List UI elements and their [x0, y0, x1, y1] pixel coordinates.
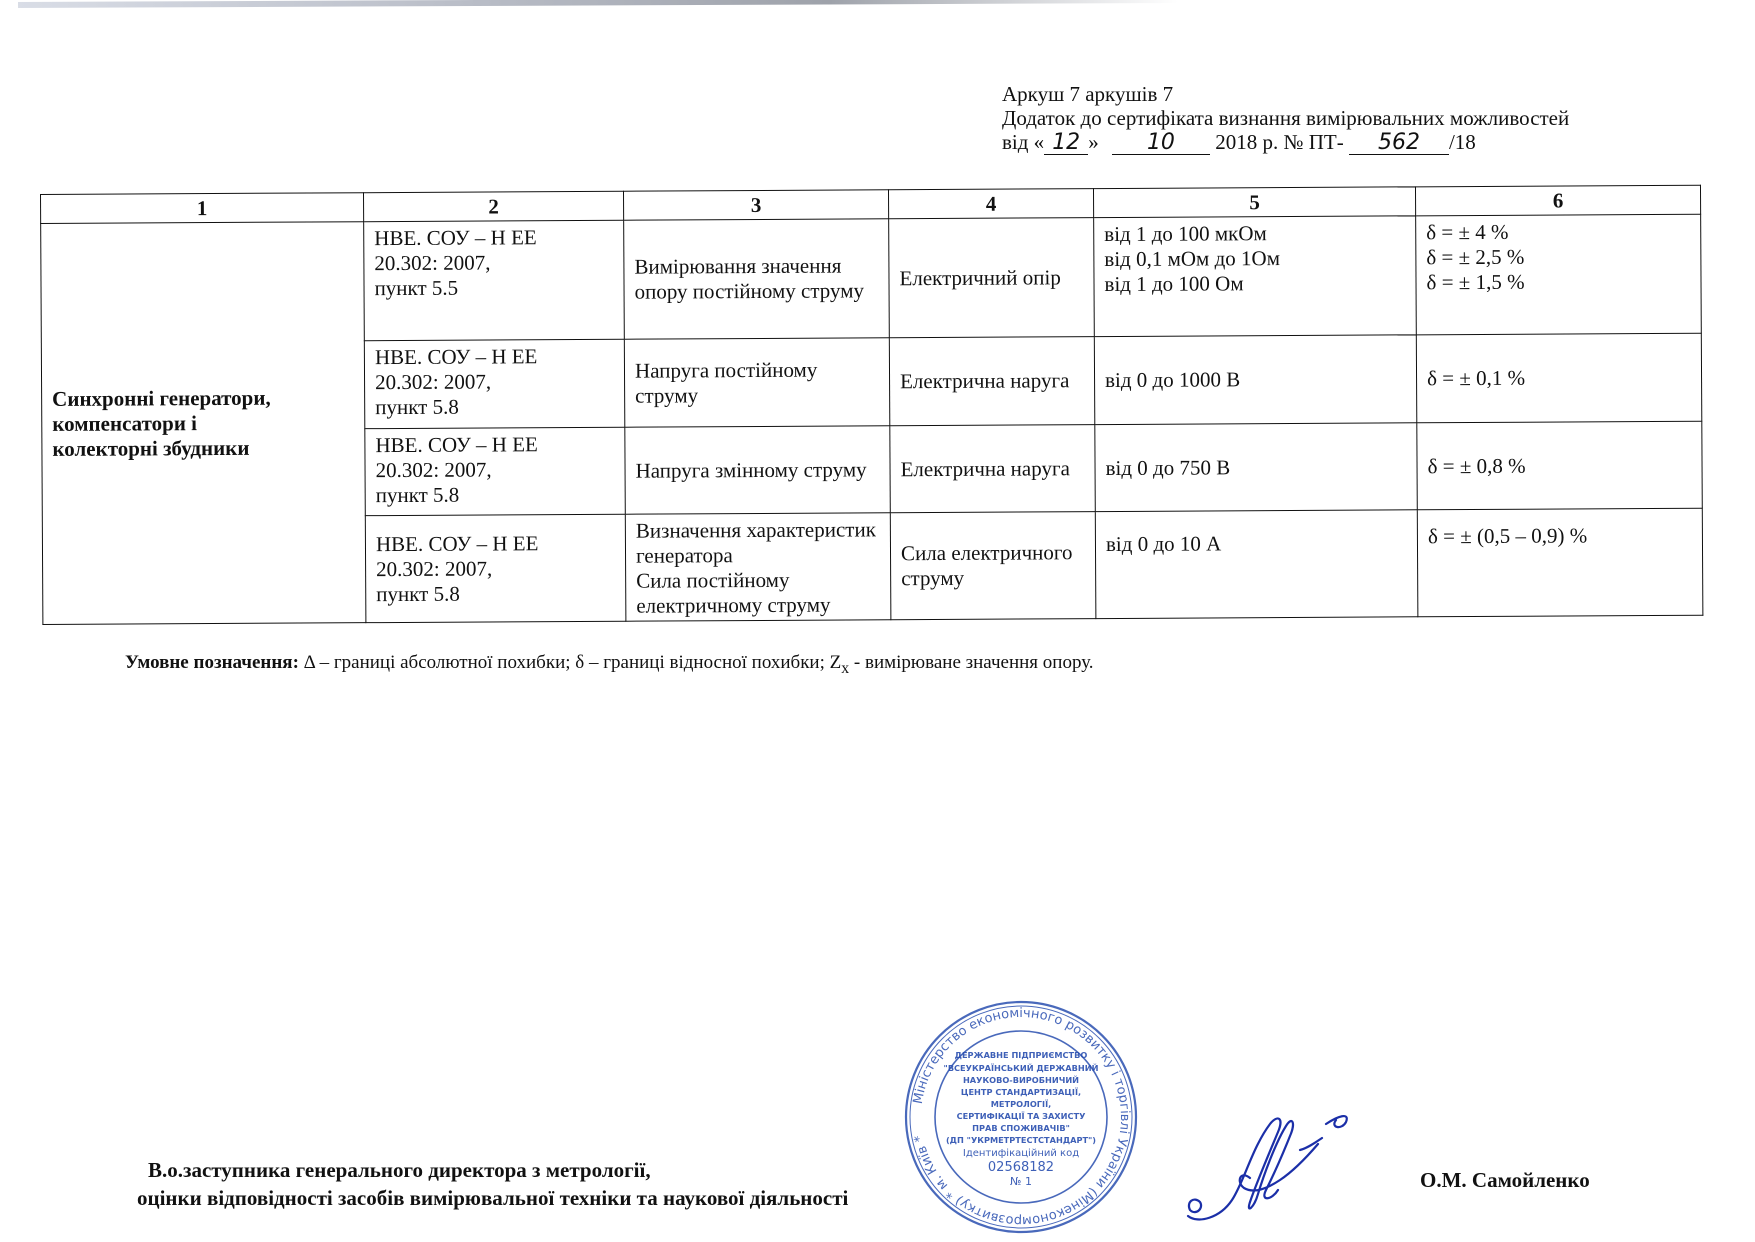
legend-label: Умовне позначення: — [125, 652, 299, 673]
year-and-number-label: 2018 р. № ПТ- — [1215, 130, 1344, 154]
cert-suffix: /18 — [1449, 130, 1476, 154]
column-header: 4 — [888, 189, 1093, 219]
day-suffix: » — [1088, 130, 1099, 154]
sheet-number: Аркуш 7 аркушів 7 — [1002, 82, 1569, 106]
range-cell: від 0 до 1000 В — [1094, 335, 1416, 425]
date-prefix: від « — [1002, 130, 1044, 154]
legend-subscript: x — [841, 660, 849, 677]
quantity-cell: Сила електричного струму — [890, 512, 1096, 620]
accuracy-cell: δ = ± 4 % δ = ± 2,5 % δ = ± 1,5 % — [1416, 214, 1702, 335]
column-header: 6 — [1415, 185, 1700, 216]
handwritten-day: 12 — [1044, 132, 1088, 155]
signer-position: В.о.заступника генерального директора з … — [137, 1156, 848, 1212]
method-cell: Визначення характеристик генератора Сила… — [625, 513, 891, 621]
document-header: Аркуш 7 аркушів 7 Додаток до сертифіката… — [1002, 82, 1569, 155]
handwritten-cert-number: 562 — [1349, 132, 1449, 155]
range-cell: від 0 до 750 В — [1095, 423, 1417, 512]
accuracy-cell: δ = ± (0,5 – 0,9) % — [1417, 508, 1703, 617]
method-cell: Напруга змінному струму — [625, 426, 890, 514]
svg-text:НАУКОВО-ВИРОБНИЧИЙ: НАУКОВО-ВИРОБНИЧИЙ — [963, 1074, 1079, 1085]
svg-text:Ідентифікаційний код: Ідентифікаційний код — [963, 1147, 1079, 1159]
official-stamp-icon: Міністерство економічного розвитку і тор… — [902, 998, 1140, 1236]
legend-note: Умовне позначення: Δ – границі абсолютно… — [125, 652, 1094, 678]
quantity-cell: Електрична наруга — [889, 337, 1094, 426]
svg-text:02568182: 02568182 — [988, 1160, 1054, 1175]
column-header: 2 — [363, 191, 623, 221]
handwritten-signature-icon — [1180, 1098, 1360, 1228]
standard-cell: НВЕ. СОУ – Н ЕЕ 20.302: 2007, пункт 5.8 — [364, 339, 624, 428]
svg-text:"ВСЕУКРАЇНСЬКИЙ ДЕРЖАВНИЙ: "ВСЕУКРАЇНСЬКИЙ ДЕРЖАВНИЙ — [944, 1062, 1099, 1073]
quantity-cell: Електричний опір — [889, 218, 1095, 338]
document-title: Додаток до сертифіката визнання вимірюва… — [1002, 106, 1569, 130]
quantity-cell: Електрична наруга — [890, 425, 1095, 513]
standard-cell: НВЕ. СОУ – Н ЕЕ 20.302: 2007, пункт 5.5 — [364, 220, 625, 340]
svg-text:ЦЕНТР СТАНДАРТИЗАЦІЇ,: ЦЕНТР СТАНДАРТИЗАЦІЇ, — [961, 1087, 1081, 1097]
legend-text-a: Δ – границі абсолютної похибки; δ – гран… — [299, 652, 841, 673]
svg-text:(ДП "УКРМЕТРТЕСТСТАНДАРТ"): (ДП "УКРМЕТРТЕСТСТАНДАРТ") — [946, 1135, 1096, 1145]
svg-text:СЕРТИФІКАЦІЇ ТА ЗАХИСТУ: СЕРТИФІКАЦІЇ ТА ЗАХИСТУ — [957, 1111, 1086, 1121]
range-cell: від 1 до 100 мкОм від 0,1 мОм до 1Ом від… — [1094, 216, 1417, 337]
accuracy-cell: δ = ± 0,1 % — [1416, 333, 1701, 423]
svg-text:ДЕРЖАВНЕ ПІДПРИЄМСТВО: ДЕРЖАВНЕ ПІДПРИЄМСТВО — [955, 1050, 1088, 1060]
measurement-capabilities-table: 1 2 3 4 5 6 Синхронні генератори, компен… — [40, 185, 1703, 625]
column-header: 1 — [41, 193, 364, 224]
standard-cell: НВЕ. СОУ – Н ЕЕ 20.302: 2007, пункт 5.8 — [365, 514, 626, 622]
table-row: Синхронні генератори, компенсатори і кол… — [41, 214, 1702, 342]
accuracy-cell: δ = ± 0,8 % — [1417, 421, 1702, 510]
position-line-1: В.о.заступника генерального директора з … — [137, 1156, 848, 1184]
legend-text-b: - вимірюване значення опору. — [849, 652, 1093, 673]
svg-text:МЕТРОЛОГІЇ,: МЕТРОЛОГІЇ, — [991, 1099, 1051, 1109]
certificate-date-line: від «12» 10 2018 р. № ПТ- 562/18 — [1002, 130, 1569, 155]
range-cell: від 0 до 10 А — [1095, 510, 1418, 619]
column-header: 3 — [623, 190, 888, 220]
svg-text:ПРАВ СПОЖИВАЧІВ": ПРАВ СПОЖИВАЧІВ" — [972, 1123, 1070, 1133]
svg-text:№ 1: № 1 — [1010, 1175, 1032, 1188]
handwritten-month: 10 — [1112, 132, 1210, 155]
method-cell: Вимірювання значення опору постійному ст… — [624, 219, 890, 339]
position-line-2: оцінки відповідності засобів вимірювальн… — [137, 1186, 848, 1210]
signer-name: О.М. Самойленко — [1420, 1168, 1590, 1193]
method-cell: Напруга постійному струму — [624, 338, 889, 427]
scan-edge-artifact — [18, 0, 1178, 8]
column-header: 5 — [1093, 187, 1415, 218]
device-type-cell: Синхронні генератори, компенсатори і кол… — [41, 222, 366, 625]
standard-cell: НВЕ. СОУ – Н ЕЕ 20.302: 2007, пункт 5.8 — [365, 427, 625, 515]
